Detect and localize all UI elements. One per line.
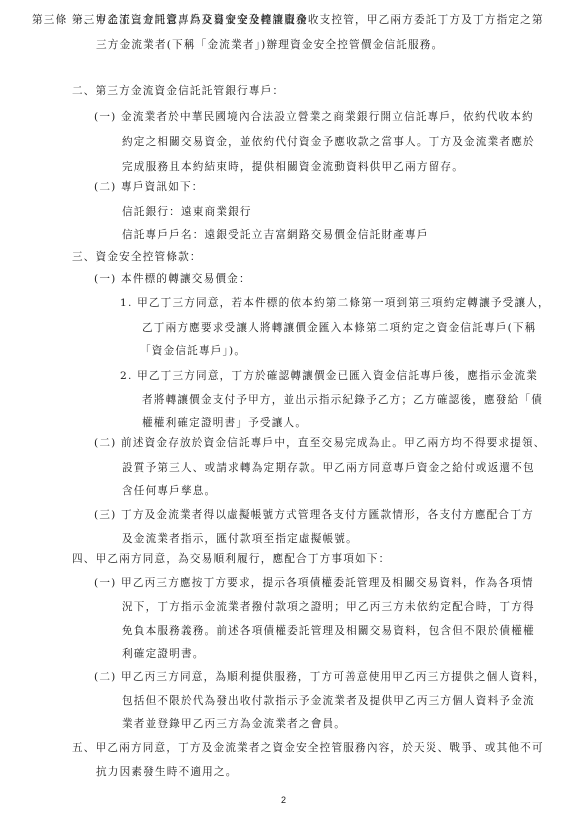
text-line: 利確定證明書。 <box>122 647 205 661</box>
text-line: (一) 本件標的轉讓交易價金： <box>94 272 251 286</box>
text-line: 權權利確定證明書」予受讓人。 <box>142 416 307 430</box>
text-line: 者將轉讓價金支付予甲方，並出示指示紀錄予乙方；乙方確認後，應發給「債 <box>142 393 543 407</box>
text-line: 信託專戶戶名：遠銀受託立吉富網路交易價金信託財產專戶 <box>122 228 429 242</box>
text-line: 三、資金安全控管條款： <box>72 250 202 264</box>
text-line: 及金流業者指示，匯付款項至指定虛擬帳號。 <box>122 532 358 546</box>
text-line: (二) 專戶資訊如下： <box>94 180 204 194</box>
text-line: 況下，丁方指示金流業者撥付款項之證明；甲乙丙三方未依約定配合時，丁方得 <box>122 600 535 614</box>
text-line: 約定之相關交易資金，並依約代付資金予應收款之當事人。丁方及金流業者應於 <box>122 135 535 149</box>
text-line: 一、甲乙丁三方同意，為交易安全及轉讓資金收支控管，甲乙兩方委託丁方及丁方指定之第 <box>72 13 544 27</box>
text-line: 五、甲乙兩方同意，丁方及金流業者之資金安全控管服務內容，於天災、戰爭、或其他不可 <box>72 741 544 755</box>
text-line: 抗力因素發生時不適用之。 <box>96 765 238 779</box>
text-line: 設質予第三人、或請求轉為定期存款。甲乙兩方同意專戶資金之給付或返還不包 <box>122 461 535 475</box>
text-line: 乙丁兩方應要求受讓人將轉讓價金匯入本條第二項約定之資金信託專戶(下稱 <box>142 321 537 335</box>
text-line: (一) 金流業者於中華民國境內合法設立營業之商業銀行開立信託專戶，依約代收本約 <box>94 110 534 124</box>
text-line: 信託銀行：遠東商業銀行 <box>122 205 252 219</box>
text-line: 業者並登錄甲乙丙三方為金流業者之會員。 <box>122 717 346 731</box>
document-page: 第三條 第三方金流資金託管專戶及資金安全控管服務 一、甲乙丁三方同意，為交易安全… <box>0 0 570 823</box>
text-line: 完成服務且本約結束時，提供相關資金流動資料供甲乙兩方留存。 <box>122 160 464 174</box>
text-line: 「資金信託專戶」)。 <box>140 344 246 358</box>
text-line: (一) 甲乙丙三方應按丁方要求，提示各項債權委託管理及相關交易資料，作為各項情 <box>94 576 534 590</box>
text-line: 四、甲乙兩方同意，為交易順利履行，應配合丁方事項如下： <box>72 552 390 566</box>
page-number: 2 <box>281 795 286 805</box>
text-line: (二) 甲乙丙三方同意，為順利提供服務，丁方可善意使用甲乙丙三方提供之個人資料， <box>94 670 546 684</box>
text-line: 2. 甲乙丁三方同意，丁方於確認轉讓價金已匯入資金信託專戶後，應指示金流業 <box>120 369 538 383</box>
text-line: 包括但不限於代為發出收付款指示予金流業者及提供甲乙丙三方個人資料予金流 <box>122 694 535 708</box>
text-line: 1. 甲乙丁三方同意，若本件標的依本約第二條第一項到第三項約定轉讓予受讓人， <box>120 296 550 310</box>
text-line: (二) 前述資金存放於資金信託專戶中，直至交易完成為止。甲乙兩方均不得要求提領、 <box>94 436 546 450</box>
text-line: (三) 丁方及金流業者得以虛擬帳號方式管理各支付方匯款情形，各支付方應配合丁方 <box>94 508 534 522</box>
text-line: 三方金流業者(下稱「金流業者」)辦理資金安全控管價金信託服務。 <box>96 38 443 52</box>
text-line: 二、第三方金流資金信託託管銀行專戶： <box>72 84 284 98</box>
text-line: 含任何專戶孳息。 <box>122 484 216 498</box>
text-line: 免負本服務義務。前述各項債權委託管理及相關交易資料，包含但不限於債權權 <box>122 624 535 638</box>
